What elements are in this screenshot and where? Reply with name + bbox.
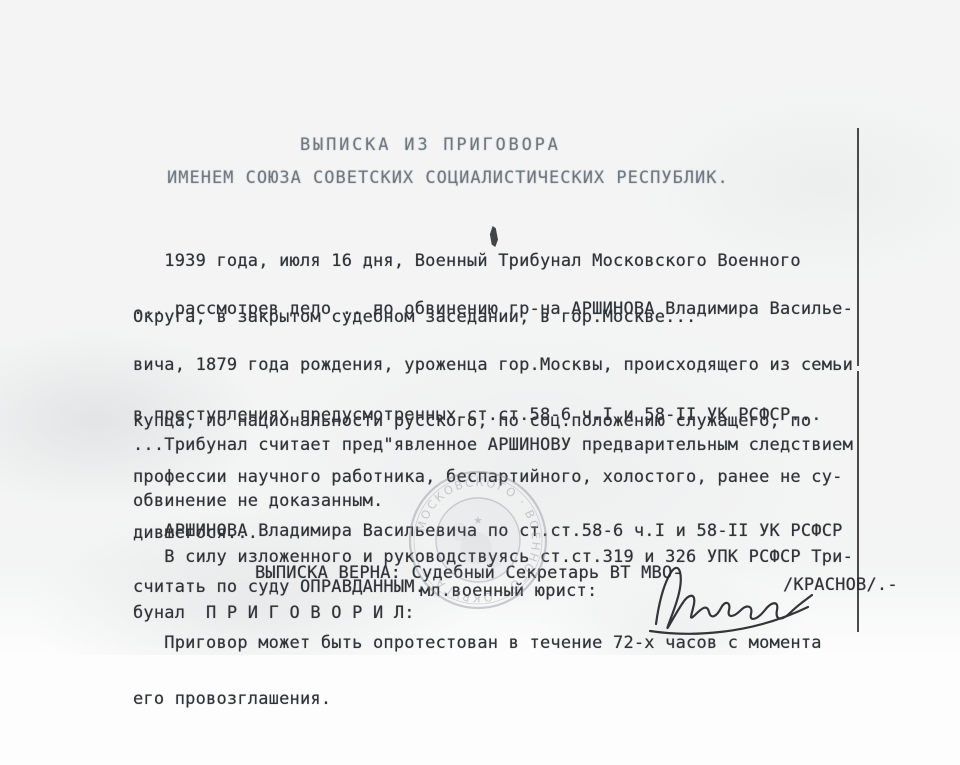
court-seal: МОСКОВСКОГО · ВОЕННОГО · ОКРУГА · ★ — [398, 460, 558, 620]
text-line: его провозглашения. — [133, 690, 843, 708]
scanned-document-page: ВЫПИСКА ИЗ ПРИГОВОРА ИМЕНЕМ СОЮЗА СОВЕТС… — [0, 0, 960, 765]
seal-star-icon: ★ — [473, 510, 482, 528]
secretary-signature — [628, 552, 828, 637]
scan-fold-line — [857, 128, 859, 366]
signature-stroke-main — [656, 568, 812, 628]
scan-fold-line — [857, 371, 859, 632]
seal-blotch — [486, 552, 502, 568]
document-subtitle: ИМЕНЕМ СОЮЗА СОВЕТСКИХ СОЦИАЛИСТИЧЕСКИХ … — [167, 169, 729, 187]
text-line: ...Трибунал считает пред"явленное АРШИНО… — [133, 436, 853, 454]
document-title: ВЫПИСКА ИЗ ПРИГОВОРА — [300, 136, 561, 154]
seal-blotch — [451, 523, 469, 541]
text-line: ... рассмотрев дело .. по обвинению гр-н… — [133, 300, 853, 318]
